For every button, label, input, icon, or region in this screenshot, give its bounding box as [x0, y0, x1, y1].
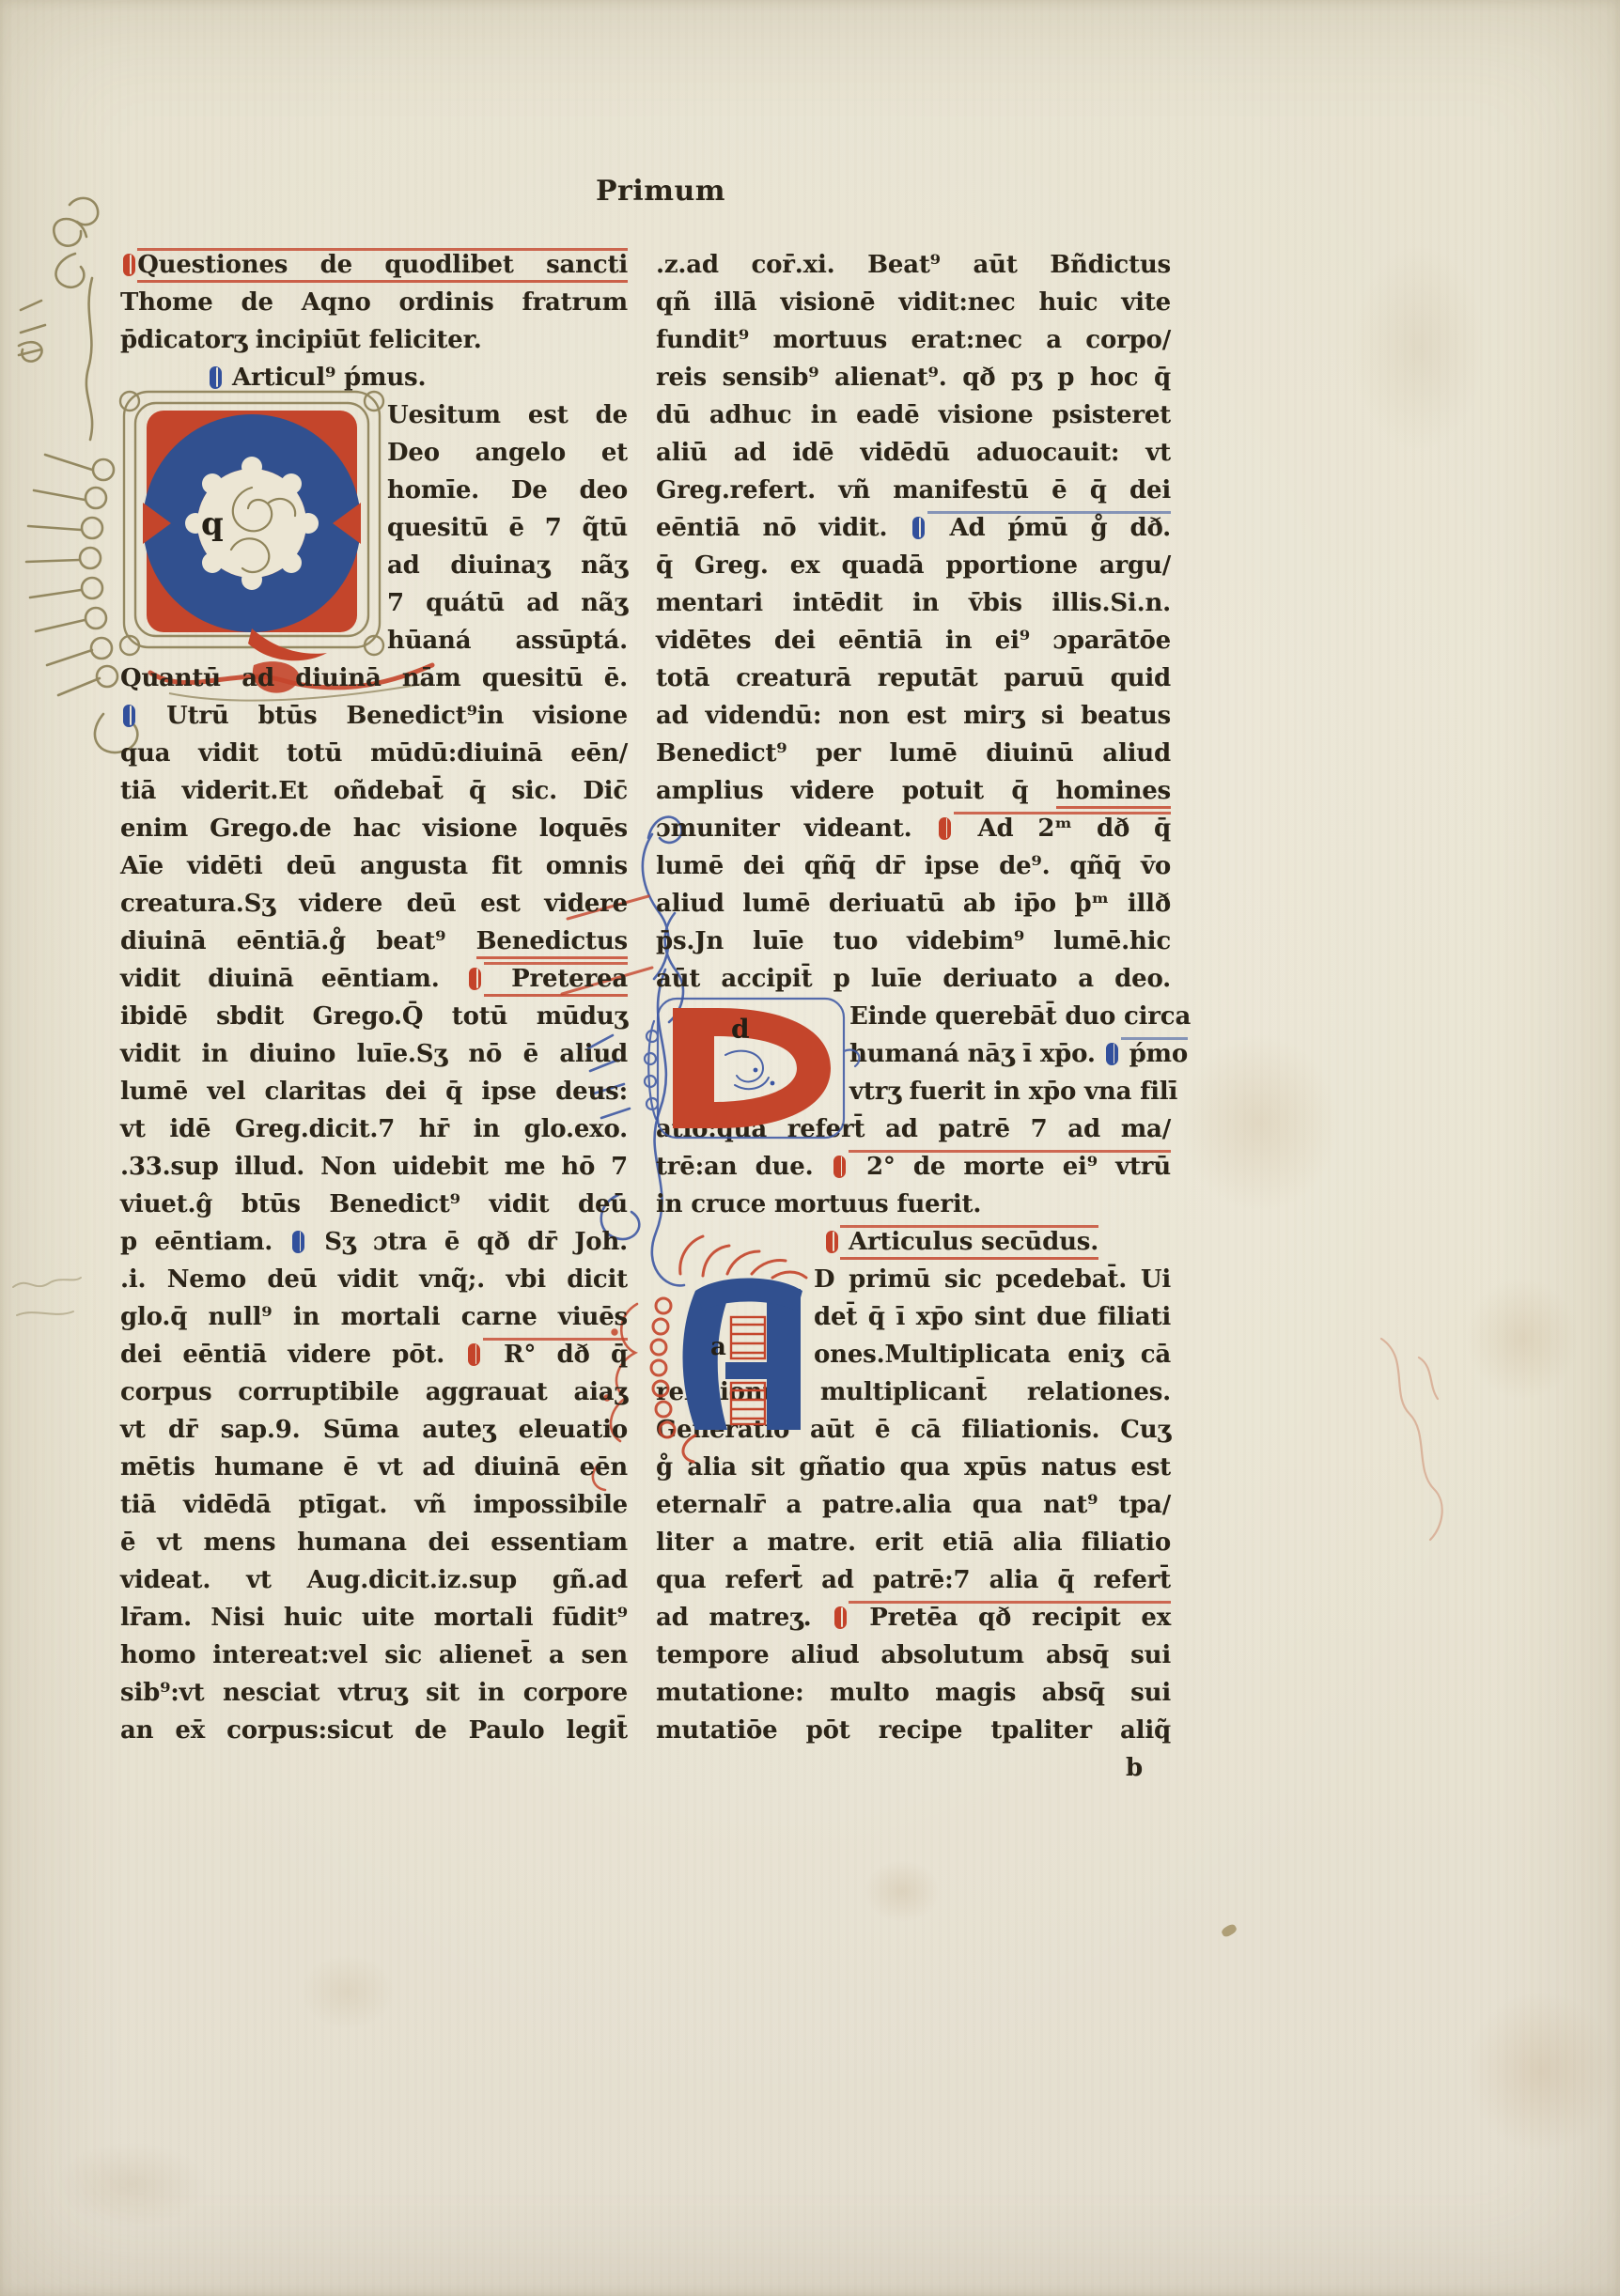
illuminated-initial-q: Q q — [111, 382, 393, 664]
text-line: aūt accipit̄ p luīe deriuato a deo. — [656, 960, 1171, 998]
text-segment: g̊ alia sit gñatio qua xpūs natus est — [656, 1453, 1171, 1482]
foxing-stain — [1179, 1033, 1339, 1212]
text-segment: vtrʒ fuerit in xp̄o vna filī — [849, 1078, 1177, 1106]
ink-fleck — [1221, 1923, 1238, 1939]
text-line: q̄ Greg. ex quadā pportione argu/ — [656, 547, 1171, 584]
text-segment: R° dð q̄ — [483, 1338, 628, 1369]
text-segment: hūaná assūptá. — [387, 627, 628, 655]
incunable-page: Primum — [0, 0, 1620, 2296]
text-line: corpus corruptibile aggrauat aiaʒ — [120, 1373, 628, 1411]
text-segment: Deo angelo et — [387, 439, 628, 467]
illuminated-initial-d: D d — [645, 995, 856, 1150]
text-segment: homines — [1056, 777, 1171, 809]
quire-signature: b — [1126, 1754, 1143, 1782]
text-segment: mutatione: multo magis absq̄ sui — [656, 1679, 1171, 1707]
text-segment: dei eēntiā videre pōt. — [120, 1341, 465, 1369]
text-line: homo intereat:vel sic alienet̄ a sen — [120, 1637, 628, 1674]
paraph-mark — [123, 254, 135, 276]
text-segment: aliū ad idē vidēdū aduocauit: vt — [656, 439, 1171, 467]
text-line: Uesitum est de — [387, 396, 628, 434]
text-segment: diuinā eēntiā.g̊ beat⁹ — [120, 927, 476, 955]
text-line: trē:an due. 2° de morte ei⁹ vtrū — [656, 1148, 1171, 1186]
text-line: in cruce mortuus fuerit. — [656, 1186, 1171, 1223]
text-segment: Benedictus — [476, 927, 628, 959]
text-segment: amplius videre potuit q̄ — [656, 777, 1056, 805]
text-segment: .33.sup illud. Non uidebit me hō 7 — [120, 1153, 628, 1181]
text-segment: Pretēa qð recipit ex — [849, 1601, 1171, 1632]
text-line: homīe. De deo — [387, 472, 628, 509]
text-line: qñ illā visionē vidit:nec huic vite — [656, 284, 1171, 321]
text-segment: Preterea — [484, 962, 628, 997]
left-column: Questiones de quodlibet sanctiThome de A… — [120, 246, 628, 1749]
text-segment: sib⁹:vt nesciat vtruʒ sit in corpore — [120, 1679, 628, 1707]
text-line: fundit⁹ mortuus erat:nec a corpo/ — [656, 321, 1171, 359]
text-segment: q̄ Greg. ex quadā pportione argu/ — [656, 551, 1171, 580]
text-segment: ē vt mens humana dei essentiam — [120, 1528, 628, 1557]
text-line: diuinā eēntiā.g̊ beat⁹ Benedictus — [120, 923, 628, 960]
text-segment: glo.q̄ null⁹ in mortali carne viuēs — [120, 1303, 628, 1331]
text-segment: ṕmo — [1121, 1037, 1188, 1068]
text-line: vidētes dei eēntiā in ei⁹ ɔparātōe — [656, 622, 1171, 659]
marginalia-scribble-icon — [6, 1249, 109, 1353]
paraph-mark — [912, 517, 925, 539]
text-segment: Questiones de quodlibet sancti — [137, 248, 628, 283]
text-segment: Ad ṕmū g̊ dð. — [927, 511, 1172, 542]
text-line: vidit in diuino luīe.Sʒ nō ē aliud — [120, 1035, 628, 1073]
text-segment: qñ illā visionē vidit:nec huic vite — [656, 288, 1171, 317]
text-segment: Quantū ad diuinā nām quesitū ē. — [120, 664, 628, 692]
text-line: ad videndū: non est mirʒ si beatus — [656, 697, 1171, 735]
text-segment: Articulus secūdus. — [840, 1225, 1098, 1260]
text-segment: tiā vidēdā ptīgat. vñ impossibile — [120, 1491, 628, 1519]
foxing-stain — [301, 1954, 395, 2029]
text-line: mutatione: multo magis absq̄ sui — [656, 1674, 1171, 1712]
text-segment: 7 quátū ad nãʒ — [387, 589, 628, 617]
svg-text:q: q — [201, 505, 224, 543]
text-segment: in cruce mortuus fuerit. — [656, 1190, 981, 1218]
paraph-mark — [1106, 1043, 1118, 1065]
text-line: ad matreʒ. Pretēa qð recipit ex — [656, 1599, 1171, 1637]
text-segment: Aīe vidēti deū angusta fit omnis — [120, 852, 628, 880]
text-segment: tiā viderit.Et oñdebat̄ q̄ sic. Dic̄ — [120, 777, 628, 805]
text-segment: qua refert̄ ad patrē:7 alia q̄ refert̄ — [656, 1566, 1171, 1594]
text-line: vt idē Greg.dicit.7 hr̄ in glo.exo. — [120, 1110, 628, 1148]
text-segment: vt idē Greg.dicit.7 hr̄ in glo.exo. — [120, 1115, 628, 1143]
text-segment: liter a matre. erit etiā alia filiatio — [656, 1528, 1171, 1557]
text-line: dei eēntiā videre pōt. R° dð q̄ — [120, 1336, 628, 1373]
text-segment: ɔmuniter videant. — [656, 814, 936, 843]
text-line: ɔmuniter videant. Ad 2ᵐ dð q̄ — [656, 810, 1171, 847]
paraph-mark — [468, 1343, 480, 1366]
text-segment: p̄dicatorʒ incipiūt feliciter. — [120, 326, 482, 354]
text-line: Utrū btūs Benedict⁹in visione — [120, 697, 628, 735]
text-segment: aūt accipit̄ p luīe deriuato a deo. — [656, 965, 1171, 993]
text-line: mētis humane ē vt ad diuinā eēn — [120, 1449, 628, 1486]
text-line: Thome de Aqno ordinis fratrum — [120, 284, 628, 321]
text-segment: quesitū ē 7 q̃tū — [387, 514, 628, 542]
paraph-mark — [469, 968, 481, 990]
foxing-stain — [56, 2142, 207, 2226]
text-line: quesitū ē 7 q̃tū — [387, 509, 628, 547]
text-segment: ones.Multiplicata eniʒ cā — [814, 1341, 1171, 1369]
text-line: Benedict⁹ per lumē diuinū aliud — [656, 735, 1171, 772]
text-line: vt dr̄ sap.9. Sūma auteʒ eleuatio — [120, 1411, 628, 1449]
running-header: Primum — [596, 175, 725, 208]
text-segment: eternalr̄ a patre.alia qua nat⁹ tpa/ — [656, 1491, 1171, 1519]
text-line: glo.q̄ null⁹ in mortali carne viuēs — [120, 1298, 628, 1336]
text-line: Aīe vidēti deū angusta fit omnis — [120, 847, 628, 885]
incipit-heading: Questiones de quodlibet sanctiThome de A… — [120, 246, 628, 359]
text-segment: Thome de Aqno ordinis fratrum — [120, 288, 628, 317]
text-segment: corpus corruptibile aggrauat aiaʒ — [120, 1378, 628, 1406]
text-segment: Einde querebāt̄ duo circa — [849, 1002, 1191, 1031]
text-line: an ex̄ corpus:sicut de Paulo legit̄ — [120, 1712, 628, 1749]
text-line: ē vt mens humana dei essentiam — [120, 1524, 628, 1561]
paraph-mark — [833, 1156, 846, 1178]
text-line: vidit diuinā eēntiam. Preterea — [120, 960, 628, 998]
text-line: aliud lumē deriuatū ab ip̄o þᵐ illð — [656, 885, 1171, 923]
text-segment: enim Grego.de hac visione loquēs — [120, 814, 628, 843]
paraph-mark — [123, 705, 135, 727]
text-line: tiā vidēdā ptīgat. vñ impossibile — [120, 1486, 628, 1524]
text-segment: aliud lumē deriuatū ab ip̄o þᵐ illð — [656, 890, 1171, 918]
text-line: ones.Multiplicata eniʒ cā — [814, 1336, 1171, 1373]
text-line: aliū ad idē vidēdū aduocauit: vt — [656, 434, 1171, 472]
right-column-body-top: .z.ad cor̄.xi. Beat⁹ aūt Bñdictusqñ illā… — [656, 246, 1171, 998]
text-line: amplius videre potuit q̄ homines — [656, 772, 1171, 810]
foxing-stain — [1466, 1992, 1616, 2151]
text-line: D primū sic pcedebat̄. Ui — [814, 1261, 1171, 1298]
text-segment: .z.ad cor̄.xi. Beat⁹ aūt Bñdictus — [656, 251, 1171, 279]
text-segment: Greg.refert. vñ manifestū ē q̄ dei — [656, 476, 1171, 504]
text-line: ibidē sbdit Grego.Q̄ totū mūduʒ — [120, 998, 628, 1035]
text-segment: det̄ q̄ ī xp̄o sint due filiati — [814, 1303, 1171, 1331]
text-segment: p eēntiam. — [120, 1228, 290, 1256]
text-line: enim Grego.de hac visione loquēs — [120, 810, 628, 847]
right-column: .z.ad cor̄.xi. Beat⁹ aūt Bñdictusqñ illā… — [656, 246, 1171, 1787]
text-segment: ibidē sbdit Grego.Q̄ totū mūduʒ — [120, 1002, 628, 1031]
text-segment: ad videndū: non est mirʒ si beatus — [656, 702, 1171, 730]
text-line: vtrʒ fuerit in xp̄o vna filī — [849, 1073, 1171, 1110]
text-segment: Sʒ ɔtra ē qð dr̄ Joh. — [307, 1228, 628, 1256]
foxing-stain — [865, 1860, 940, 1922]
text-segment: trē:an due. — [656, 1153, 832, 1181]
text-segment: homo intereat:vel sic alienet̄ a sen — [120, 1641, 628, 1669]
text-line: qua vidit totū mūdū:diuinā eēn/ — [120, 735, 628, 772]
paraph-mark — [292, 1231, 304, 1253]
text-line: totā creaturā reputāt paruū quid — [656, 659, 1171, 697]
text-segment: Uesitum est de — [387, 401, 628, 429]
text-segment: mentari intēdit in v̄bis illis.Si.n. — [656, 589, 1171, 617]
text-line: mutatiōe pōt recipe tpaliter aliq̃ — [656, 1712, 1171, 1749]
paraph-mark — [834, 1606, 847, 1629]
text-line: tempore aliud absolutum absq̄ sui — [656, 1637, 1171, 1674]
text-segment: ad diuinaʒ nãʒ — [387, 551, 628, 580]
text-segment: totā creaturā reputāt paruū quid — [656, 664, 1171, 692]
text-line: p eēntiam. Sʒ ɔtra ē qð dr̄ Joh. — [120, 1223, 628, 1261]
illuminated-initial-a: A a — [654, 1233, 837, 1453]
text-segment: mutatiōe pōt recipe tpaliter aliq̃ — [656, 1716, 1171, 1745]
text-line: p̄dicatorʒ incipiūt feliciter. — [120, 321, 628, 359]
text-segment: mētis humane ē vt ad diuinā eēn — [120, 1453, 628, 1482]
text-line: Greg.refert. vñ manifestū ē q̄ dei — [656, 472, 1171, 509]
text-segment: vidētes dei eēntiā in ei⁹ ɔparātōe — [656, 627, 1171, 655]
svg-text:d: d — [731, 1014, 749, 1045]
text-segment: creatura.Sʒ videre deū est videre — [120, 890, 628, 918]
text-line: reis sensib⁹ alienat⁹. qð pʒ p hoc q̄ — [656, 359, 1171, 396]
text-line: p̄s.Jn luīe tuo videbim⁹ lumē.hic — [656, 923, 1171, 960]
text-segment: tempore aliud absolutum absq̄ sui — [656, 1641, 1171, 1669]
text-segment: 2° de morte ei⁹ vtrū — [849, 1150, 1171, 1181]
text-segment: humaná nāʒ ī xp̄o. — [849, 1040, 1104, 1068]
text-line: Deo angelo et — [387, 434, 628, 472]
text-segment: ad matreʒ. — [656, 1604, 832, 1632]
text-line: ad diuinaʒ nãʒ — [387, 547, 628, 584]
text-segment: vidit in diuino luīe.Sʒ nō ē aliud — [120, 1040, 628, 1068]
text-segment: Utrū btūs Benedict⁹in visione — [137, 702, 628, 730]
text-line: Questiones de quodlibet sancti — [120, 246, 628, 284]
text-segment: homīe. De deo — [387, 476, 628, 504]
text-segment: lumē vel claritas dei q̄ ipse deus: — [120, 1078, 628, 1106]
paraph-mark — [939, 817, 951, 840]
text-segment: vidit diuinā eēntiam. — [120, 965, 467, 993]
text-segment: vt dr̄ sap.9. Sūma auteʒ eleuatio — [120, 1416, 628, 1444]
text-line: sib⁹:vt nesciat vtruʒ sit in corpore — [120, 1674, 628, 1712]
text-line: lumē vel claritas dei q̄ ipse deus: — [120, 1073, 628, 1110]
quire-signature-row: b — [656, 1749, 1171, 1787]
text-line: lumē dei qñq̄ dr̄ ipse de⁹. qñq̄ v̄o — [656, 847, 1171, 885]
text-line: tiā viderit.Et oñdebat̄ q̄ sic. Dic̄ — [120, 772, 628, 810]
text-line: .33.sup illud. Non uidebit me hō 7 — [120, 1148, 628, 1186]
text-line: eternalr̄ a patre.alia qua nat⁹ tpa/ — [656, 1486, 1171, 1524]
text-line: liter a matre. erit etiā alia filiatio — [656, 1524, 1171, 1561]
text-segment: videat. vt Aug.dicit.iz.sup gñ.ad — [120, 1566, 628, 1594]
text-segment: eēntiā nō vidit. — [656, 514, 910, 542]
text-line: Quantū ad diuinā nām quesitū ē. — [120, 659, 628, 697]
text-line: qua refert̄ ad patrē:7 alia q̄ refert̄ — [656, 1561, 1171, 1599]
penwork-right-margin-icon — [1353, 1329, 1475, 1545]
left-column-body: Quantū ad diuinā nām quesitū ē. Utrū btū… — [120, 659, 628, 1749]
text-line: 7 quátū ad nãʒ — [387, 584, 628, 622]
text-segment: an ex̄ corpus:sicut de Paulo legit̄ — [120, 1716, 628, 1745]
text-line: .z.ad cor̄.xi. Beat⁹ aūt Bñdictus — [656, 246, 1171, 284]
text-segment: fundit⁹ mortuus erat:nec a corpo/ — [656, 326, 1171, 354]
text-segment: qua vidit totū mūdū:diuinā eēn/ — [120, 739, 628, 768]
text-line: mentari intēdit in v̄bis illis.Si.n. — [656, 584, 1171, 622]
text-segment: dū adhuc in eadē visione psisteret — [656, 401, 1171, 429]
text-segment: lumē dei qñq̄ dr̄ ipse de⁹. qñq̄ v̄o — [656, 852, 1171, 880]
text-line: hūaná assūptá. — [387, 622, 628, 659]
foxing-stain — [1353, 244, 1485, 451]
text-segment: Ad 2ᵐ dð q̄ — [954, 812, 1171, 843]
text-segment: lr̄am. Nisi huic uite mortali fūdit⁹ — [120, 1604, 628, 1632]
text-segment: reis sensib⁹ alienat⁹. qð pʒ p hoc q̄ — [656, 364, 1171, 392]
text-segment: D primū sic pcedebat̄. Ui — [814, 1265, 1171, 1294]
text-segment: p̄s.Jn luīe tuo videbim⁹ lumē.hic — [656, 927, 1171, 955]
text-line: g̊ alia sit gñatio qua xpūs natus est — [656, 1449, 1171, 1486]
text-line: det̄ q̄ ī xp̄o sint due filiati — [814, 1298, 1171, 1336]
text-line: dū adhuc in eadē visione psisteret — [656, 396, 1171, 434]
text-segment: .i. Nemo deū vidit vnq̃;. vbi dicit — [120, 1265, 628, 1294]
text-segment: Benedict⁹ per lumē diuinū aliud — [656, 739, 1171, 768]
text-line: lr̄am. Nisi huic uite mortali fūdit⁹ — [120, 1599, 628, 1637]
foxing-stain — [1466, 1278, 1579, 1400]
text-line: humaná nāʒ ī xp̄o. ṕmo — [849, 1035, 1171, 1073]
text-line: videat. vt Aug.dicit.iz.sup gñ.ad — [120, 1561, 628, 1599]
text-line: Einde querebāt̄ duo circa — [849, 998, 1171, 1035]
text-segment: viuet.ĝ btūs Benedict⁹ vidit deū — [120, 1190, 628, 1218]
text-line: .i. Nemo deū vidit vnq̃;. vbi dicit — [120, 1261, 628, 1298]
text-line: viuet.ĝ btūs Benedict⁹ vidit deū — [120, 1186, 628, 1223]
text-line: creatura.Sʒ videre deū est videre — [120, 885, 628, 923]
text-line: eēntiā nō vidit. Ad ṕmū g̊ dð. — [656, 509, 1171, 547]
svg-text:a: a — [710, 1333, 726, 1361]
